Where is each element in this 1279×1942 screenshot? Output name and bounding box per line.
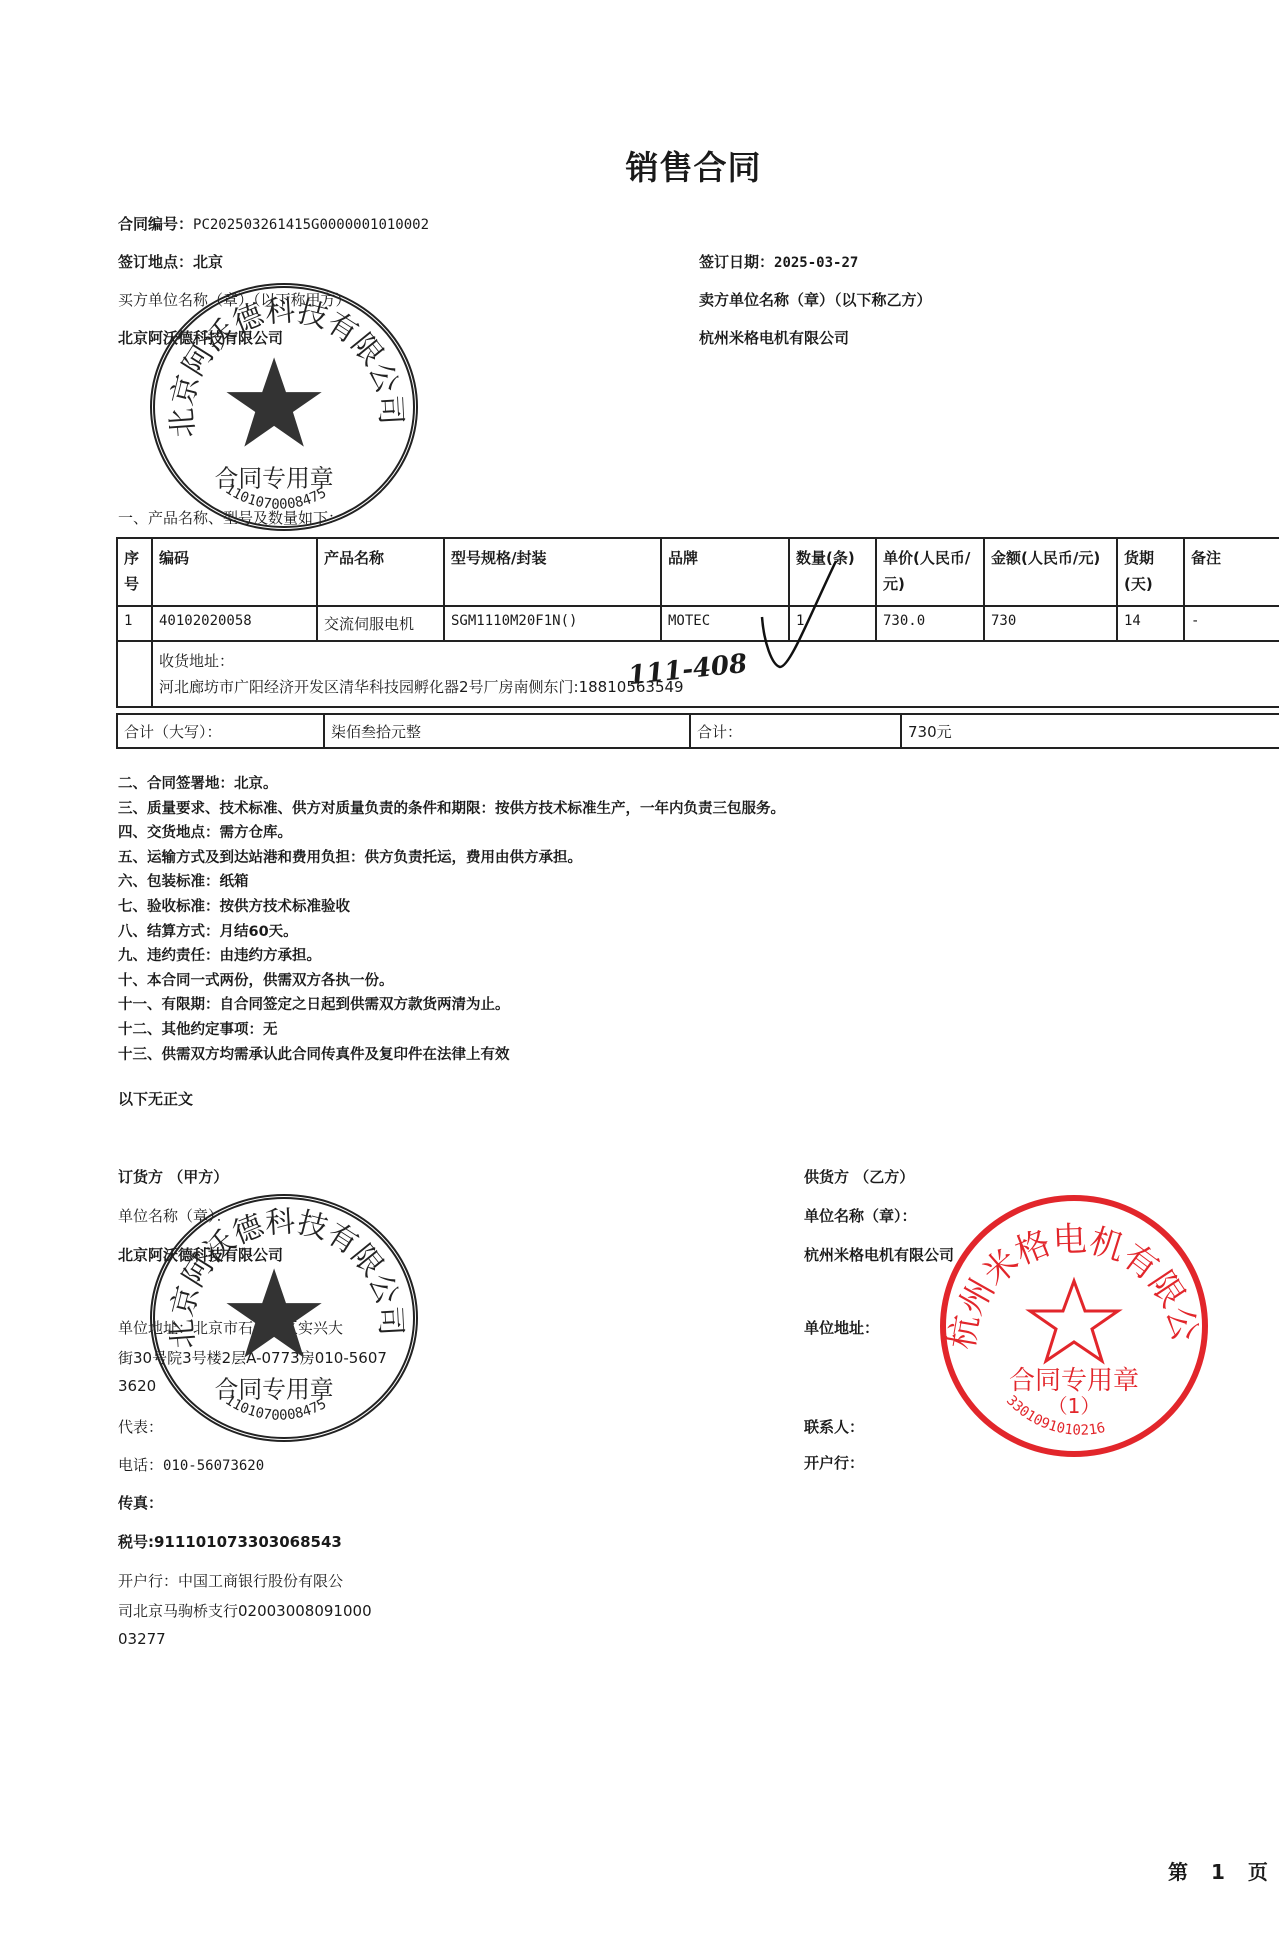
star-icon	[226, 357, 321, 446]
seller-unit-name: 杭州米格电机有限公司	[804, 1244, 954, 1265]
cell-amount: 730	[984, 606, 1117, 641]
total-row: 合计（大写）： 柒佰叁拾元整 合计： 730元	[117, 714, 1279, 748]
clause-12: 十二、其他约定事项：无	[118, 1018, 785, 1043]
cell-unit-price: 730.0	[876, 606, 984, 641]
contract-number-value: PC202503261415G0000001010002	[193, 217, 429, 233]
header-amount: 金额(人民币/元)	[984, 538, 1117, 606]
total-label: 合计：	[690, 714, 901, 748]
handwritten-check-mark	[750, 555, 840, 675]
buyer-bank-line-3: 03277	[118, 1630, 166, 1648]
clause-13: 十三、供需双方均需承认此合同传真件及复印件在法律上有效	[118, 1043, 785, 1068]
seller-name: 杭州米格电机有限公司	[699, 327, 849, 348]
seller-contract-stamp: 杭州米格电机有限公司 3301091010216 合同专用章 （1）	[940, 1195, 1208, 1457]
clause-3: 三、质量要求、技术标准、供方对质量负责的条件和期限：按供方技术标准生产，一年内负…	[118, 797, 785, 822]
sign-date-value: 2025-03-27	[774, 255, 858, 271]
buyer-contract-stamp: 北京阿沃德科技有限公司 1101070008475 合同专用章	[150, 283, 418, 531]
total-upper-value: 柒佰叁拾元整	[324, 714, 690, 748]
header-remark: 备注	[1184, 538, 1279, 606]
sign-place: 签订地点：北京	[118, 251, 223, 272]
cell-remark: -	[1184, 606, 1279, 641]
seller-bank-label: 开户行：	[804, 1452, 864, 1473]
buyer-address-line-1: 北京市石景山区实兴大	[193, 1319, 343, 1337]
clause-5: 五、运输方式及到达站港和费用负担：供方负责托运，费用由供方承担。	[118, 846, 785, 871]
cell-model: SGM1110M20F1N()	[444, 606, 661, 641]
svg-text:1101070008475: 1101070008475	[222, 1392, 329, 1424]
svg-text:3301091010216: 3301091010216	[1003, 1393, 1107, 1439]
seller-block-heading: 供货方 （乙方）	[804, 1166, 914, 1187]
star-icon	[226, 1268, 321, 1357]
page-number: 第 1 页	[1168, 1856, 1276, 1885]
clause-11: 十一、有限期：自合同签定之日起到供需双方款货两清为止。	[118, 993, 785, 1018]
buyer-stamp-purpose: 合同专用章	[215, 464, 334, 492]
buyer-tax-no: 911101073303068543	[154, 1533, 342, 1551]
contract-number-label: 合同编号：	[118, 215, 193, 233]
clause-9: 九、违约责任：由违约方承担。	[118, 944, 785, 969]
buyer-unit-name: 北京阿沃德科技有限公司	[118, 1244, 283, 1265]
clause-6: 六、包装标准：纸箱	[118, 870, 785, 895]
buyer-bank-line-2: 司北京马驹桥支行02003008091000	[118, 1600, 372, 1621]
buyer-rep-label: 代表：	[118, 1416, 163, 1437]
buyer-heading: 买方单位名称（章）（以下称甲方）	[118, 289, 351, 310]
star-icon	[1030, 1281, 1118, 1361]
header-lead-days: 货期(天)	[1117, 538, 1184, 606]
buyer-bank-line-1: 中国工商银行股份有限公	[178, 1572, 343, 1590]
cell-lead-days: 14	[1117, 606, 1184, 641]
buyer-unit-name-label: 单位名称（章）：	[118, 1205, 231, 1226]
buyer-tax: 税号:911101073303068543	[118, 1531, 342, 1552]
buyer-address-line-2: 街30号院3号楼2层A-0773房010-5607	[118, 1347, 387, 1368]
seller-stamp-purpose: 合同专用章	[1009, 1366, 1139, 1396]
clause-8: 八、结算方式：月结60天。	[118, 920, 785, 945]
buyer-name: 北京阿沃德科技有限公司	[118, 327, 283, 348]
clause-4: 四、交货地点：需方仓库。	[118, 821, 785, 846]
buyer-stamp-company: 北京阿沃德科技有限公司	[165, 293, 409, 439]
contract-clauses: 二、合同签署地：北京。 三、质量要求、技术标准、供方对质量负责的条件和期限：按供…	[118, 772, 785, 1067]
buyer-phone-label: 电话：	[118, 1456, 163, 1474]
sign-place-value: 北京	[193, 253, 223, 271]
buyer-tax-label: 税号:	[118, 1533, 154, 1551]
total-upper-label: 合计（大写）：	[117, 714, 324, 748]
header-unit-price: 单价(人民币/元)	[876, 538, 984, 606]
seller-stamp-company: 杭州米格电机有限公司	[946, 1201, 1202, 1352]
sign-date: 签订日期：2025-03-27	[699, 251, 858, 272]
buyer-stamp-2-code: 1101070008475	[222, 1392, 329, 1424]
header-no: 序号	[117, 538, 152, 606]
buyer-phone-value: 010-56073620	[163, 1458, 264, 1474]
seller-heading: 卖方单位名称（章）（以下称乙方）	[699, 289, 932, 310]
seller-stamp-code: 3301091010216	[1003, 1393, 1107, 1439]
seller-unit-name-label: 单位名称（章）：	[804, 1205, 917, 1226]
table-header-row: 序号 编码 产品名称 型号规格/封装 品牌 数量(条) 单价(人民币/元) 金额…	[117, 538, 1279, 606]
buyer-block-heading: 订货方 （甲方）	[118, 1166, 228, 1187]
section-1-heading: 一、产品名称、型号及数量如下：	[118, 507, 343, 528]
seller-stamp-sub: （1）	[1048, 1394, 1101, 1418]
cell-code: 40102020058	[152, 606, 317, 641]
svg-text:北京阿沃德科技有限公司: 北京阿沃德科技有限公司	[165, 293, 409, 439]
header-product-name: 产品名称	[317, 538, 444, 606]
buyer-address-label: 单位地址：	[118, 1319, 193, 1337]
clause-10: 十、本合同一式两份，供需双方各执一份。	[118, 969, 785, 994]
header-model: 型号规格/封装	[444, 538, 661, 606]
seller-address-label: 单位地址：	[804, 1317, 879, 1338]
buyer-fax-label: 传真：	[118, 1492, 163, 1513]
buyer-address-line-3: 3620	[118, 1377, 156, 1395]
total-value: 730元	[901, 714, 1279, 748]
clause-2: 二、合同签署地：北京。	[118, 772, 785, 797]
cell-product-name: 交流伺服电机	[317, 606, 444, 641]
total-table: 合计（大写）： 柒佰叁拾元整 合计： 730元	[116, 713, 1279, 749]
document-title: 销售合同	[0, 142, 1279, 189]
seller-contact-label: 联系人：	[804, 1416, 864, 1437]
svg-text:杭州米格电机有限公司: 杭州米格电机有限公司	[946, 1201, 1202, 1352]
contract-number: 合同编号：PC202503261415G0000001010002	[118, 213, 429, 234]
cell-no: 1	[117, 606, 152, 641]
buyer-stamp-2-purpose: 合同专用章	[215, 1375, 334, 1403]
clause-7: 七、验收标准：按供方技术标准验收	[118, 895, 785, 920]
table-row: 1 40102020058 交流伺服电机 SGM1110M20F1N() MOT…	[117, 606, 1279, 641]
buyer-bank: 开户行：中国工商银行股份有限公	[118, 1570, 343, 1591]
end-note: 以下无正文	[118, 1088, 193, 1109]
header-code: 编码	[152, 538, 317, 606]
sign-place-label: 签订地点：	[118, 253, 193, 271]
buyer-address: 单位地址：北京市石景山区实兴大	[118, 1317, 343, 1338]
buyer-phone: 电话：010-56073620	[118, 1454, 264, 1475]
buyer-bank-label: 开户行：	[118, 1572, 178, 1590]
sign-date-label: 签订日期：	[699, 253, 774, 271]
